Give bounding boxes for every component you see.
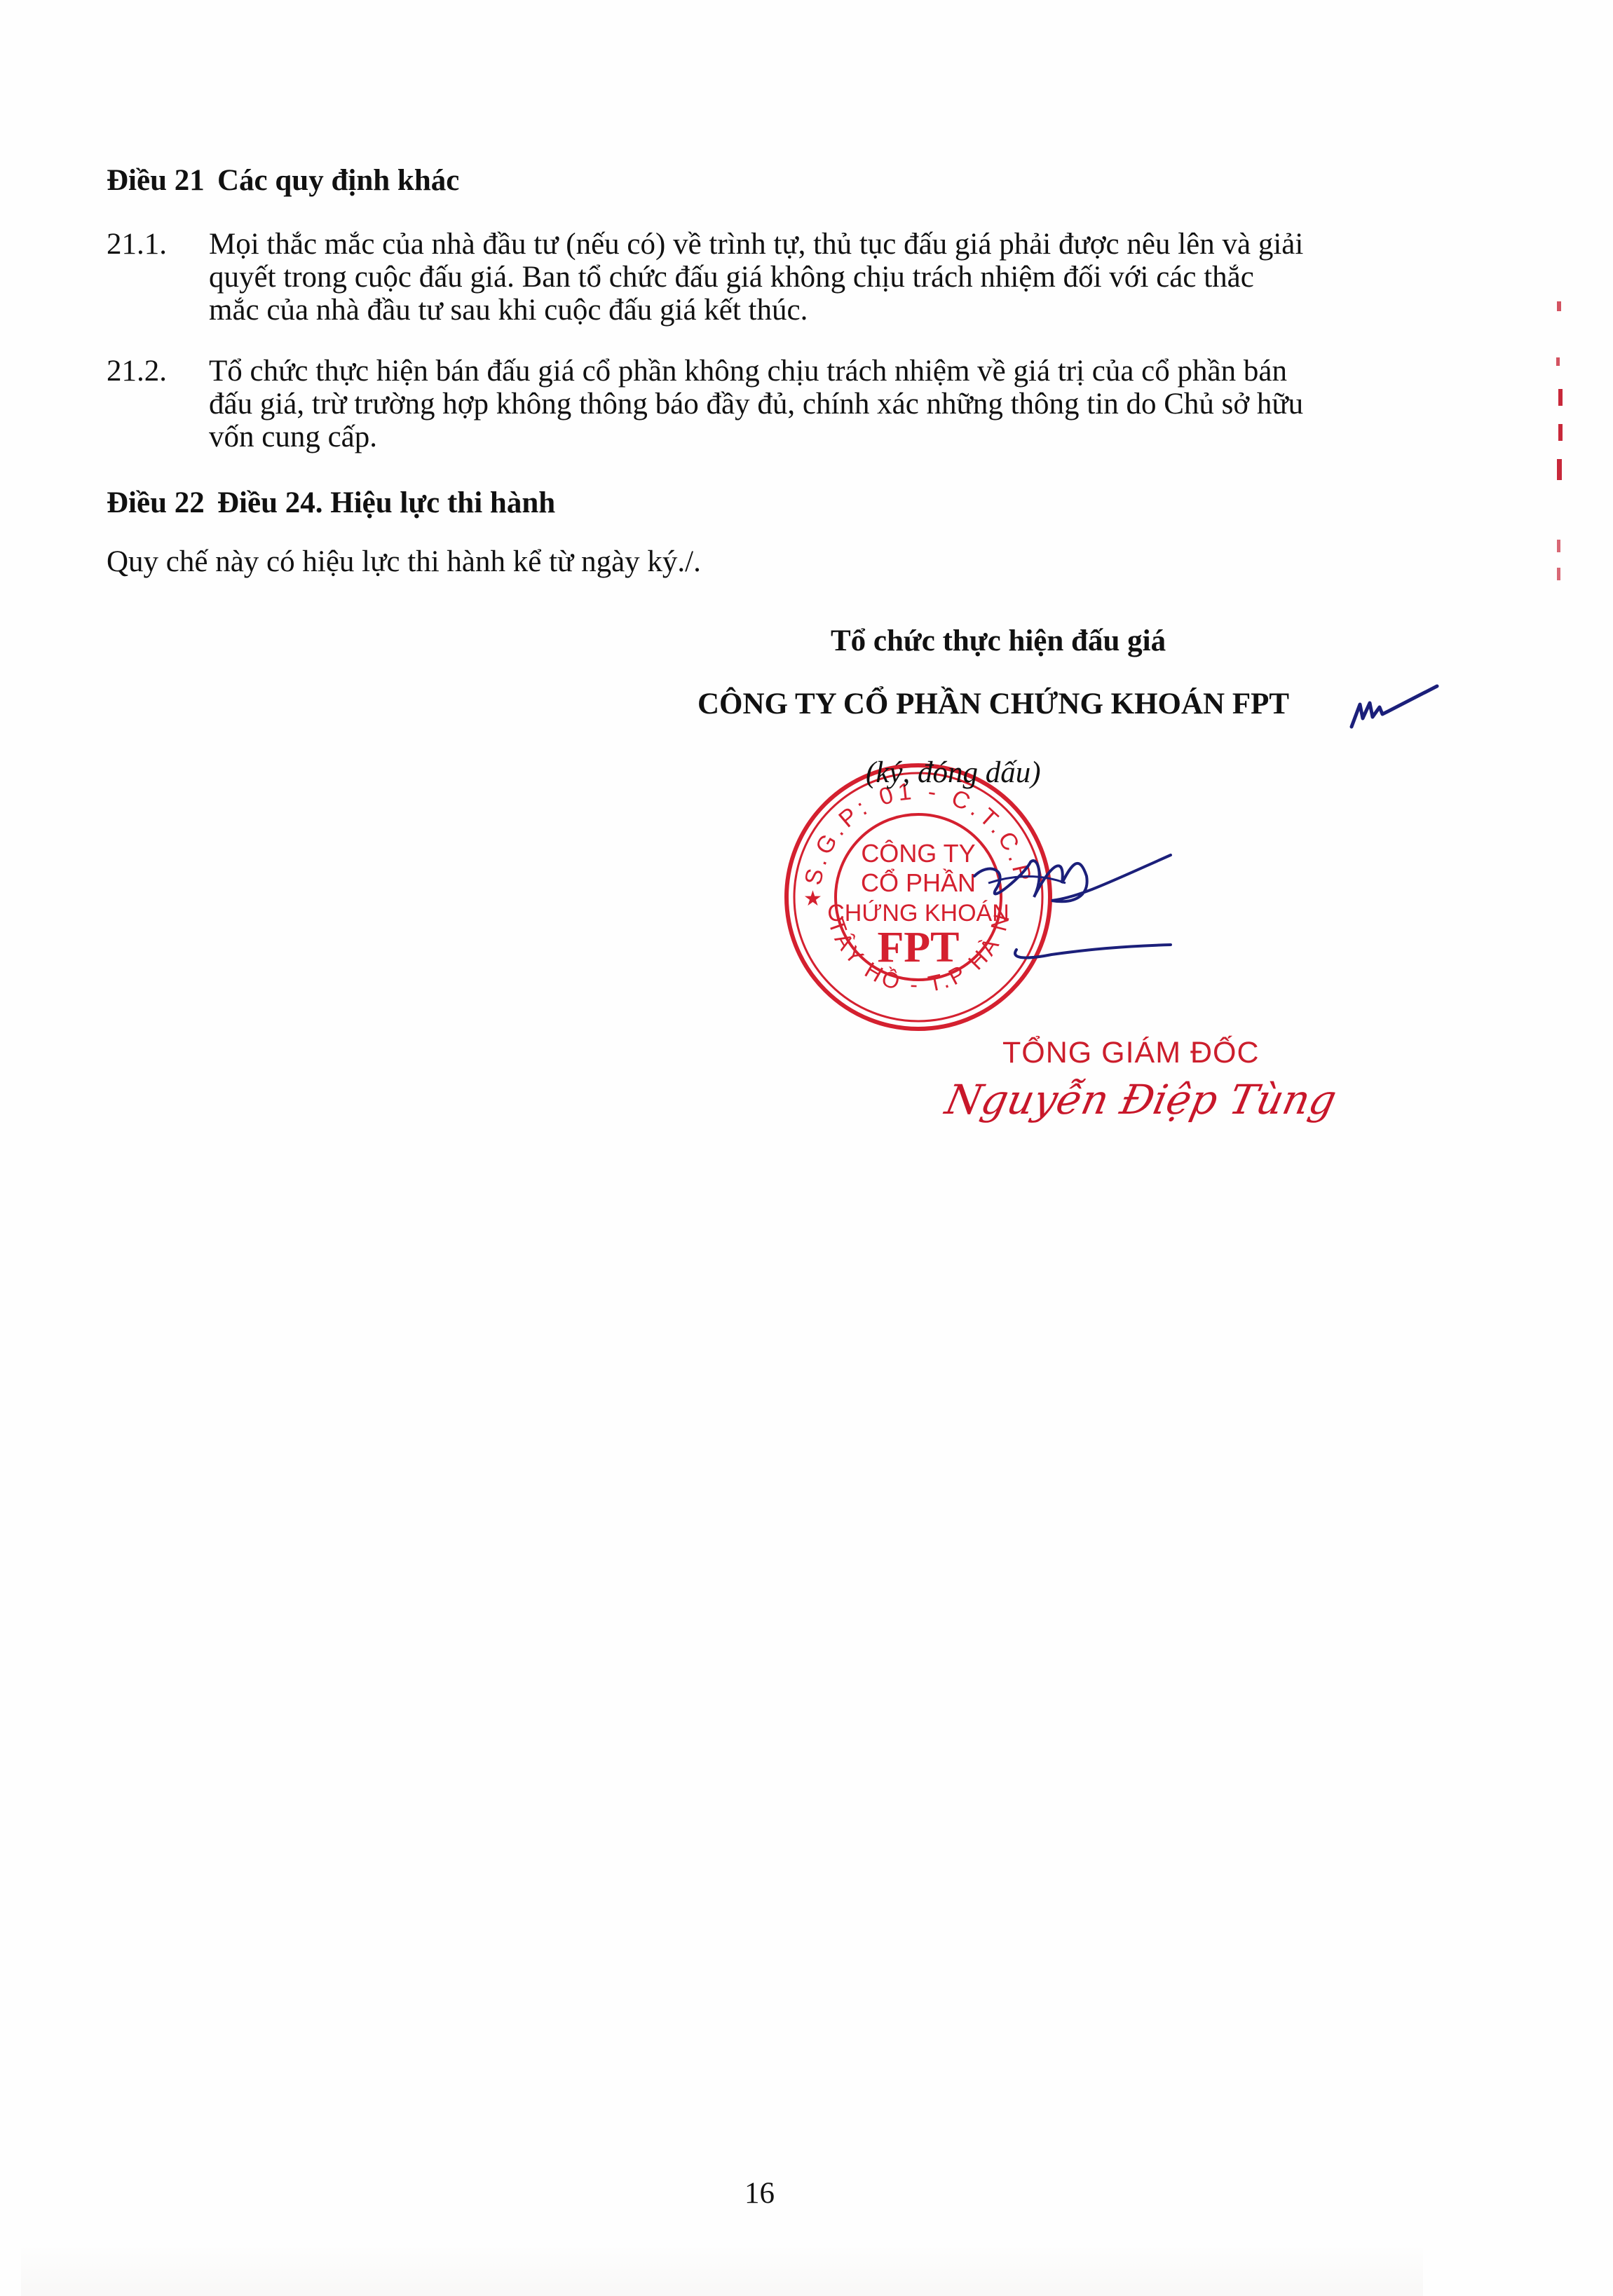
article-title: Điều 24. Hiệu lực thi hành bbox=[217, 486, 555, 519]
clause-line: quyết trong cuộc đấu giá. Ban tổ chức đấ… bbox=[209, 261, 1527, 294]
sign-seal-note: (ký, đóng dấu) bbox=[866, 756, 1041, 790]
handwritten-signature-icon bbox=[967, 834, 1178, 974]
article-number: Điều 22 bbox=[107, 485, 217, 521]
clause-line: Tổ chức thực hiện bán đấu giá cổ phần kh… bbox=[209, 355, 1527, 388]
article-22-heading: Điều 22Điều 24. Hiệu lực thi hành bbox=[107, 485, 555, 521]
signatory-role: Tổ chức thực hiện đấu giá bbox=[831, 624, 1166, 658]
clause-line: mắc của nhà đầu tư sau khi cuộc đấu giá … bbox=[209, 294, 1527, 327]
scan-bleed-through bbox=[21, 2243, 1423, 2296]
signatory-company: CÔNG TY CỔ PHẦN CHỨNG KHOÁN FPT bbox=[697, 687, 1289, 721]
seal-center-text: FPT bbox=[877, 924, 959, 971]
seal-line: CỔ PHẦN bbox=[861, 867, 976, 897]
article-title: Các quy định khác bbox=[217, 164, 459, 197]
clause-number: 21.1. bbox=[107, 228, 167, 261]
initials-mark-icon bbox=[1346, 683, 1444, 739]
article-number: Điều 21 bbox=[107, 163, 217, 199]
page-number: 16 bbox=[744, 2176, 775, 2210]
clause-line: đấu giá, trừ trường hợp không thông báo … bbox=[209, 388, 1527, 421]
seal-line: CÔNG TY bbox=[861, 839, 975, 868]
seal-star-icon: ★ bbox=[803, 887, 822, 911]
effectivity-statement: Quy chế này có hiệu lực thi hành kể từ n… bbox=[107, 544, 701, 580]
edge-seal-fragment-icon bbox=[1553, 301, 1567, 582]
clause-line: Mọi thắc mắc của nhà đầu tư (nếu có) về … bbox=[209, 228, 1527, 261]
clause-number: 21.2. bbox=[107, 355, 167, 388]
director-name: Nguyễn Điệp Tùng bbox=[941, 1076, 1341, 1123]
document-page: Điều 21Các quy định khác 21.1. Mọi thắc … bbox=[0, 0, 1613, 2296]
clause-line: vốn cung cấp. bbox=[209, 421, 1527, 453]
clause-text: Mọi thắc mắc của nhà đầu tư (nếu có) về … bbox=[209, 228, 1527, 327]
clause-text: Tổ chức thực hiện bán đấu giá cổ phần kh… bbox=[209, 355, 1527, 453]
director-title: TỔNG GIÁM ĐỐC bbox=[1002, 1036, 1260, 1070]
article-21-heading: Điều 21Các quy định khác bbox=[107, 163, 459, 199]
